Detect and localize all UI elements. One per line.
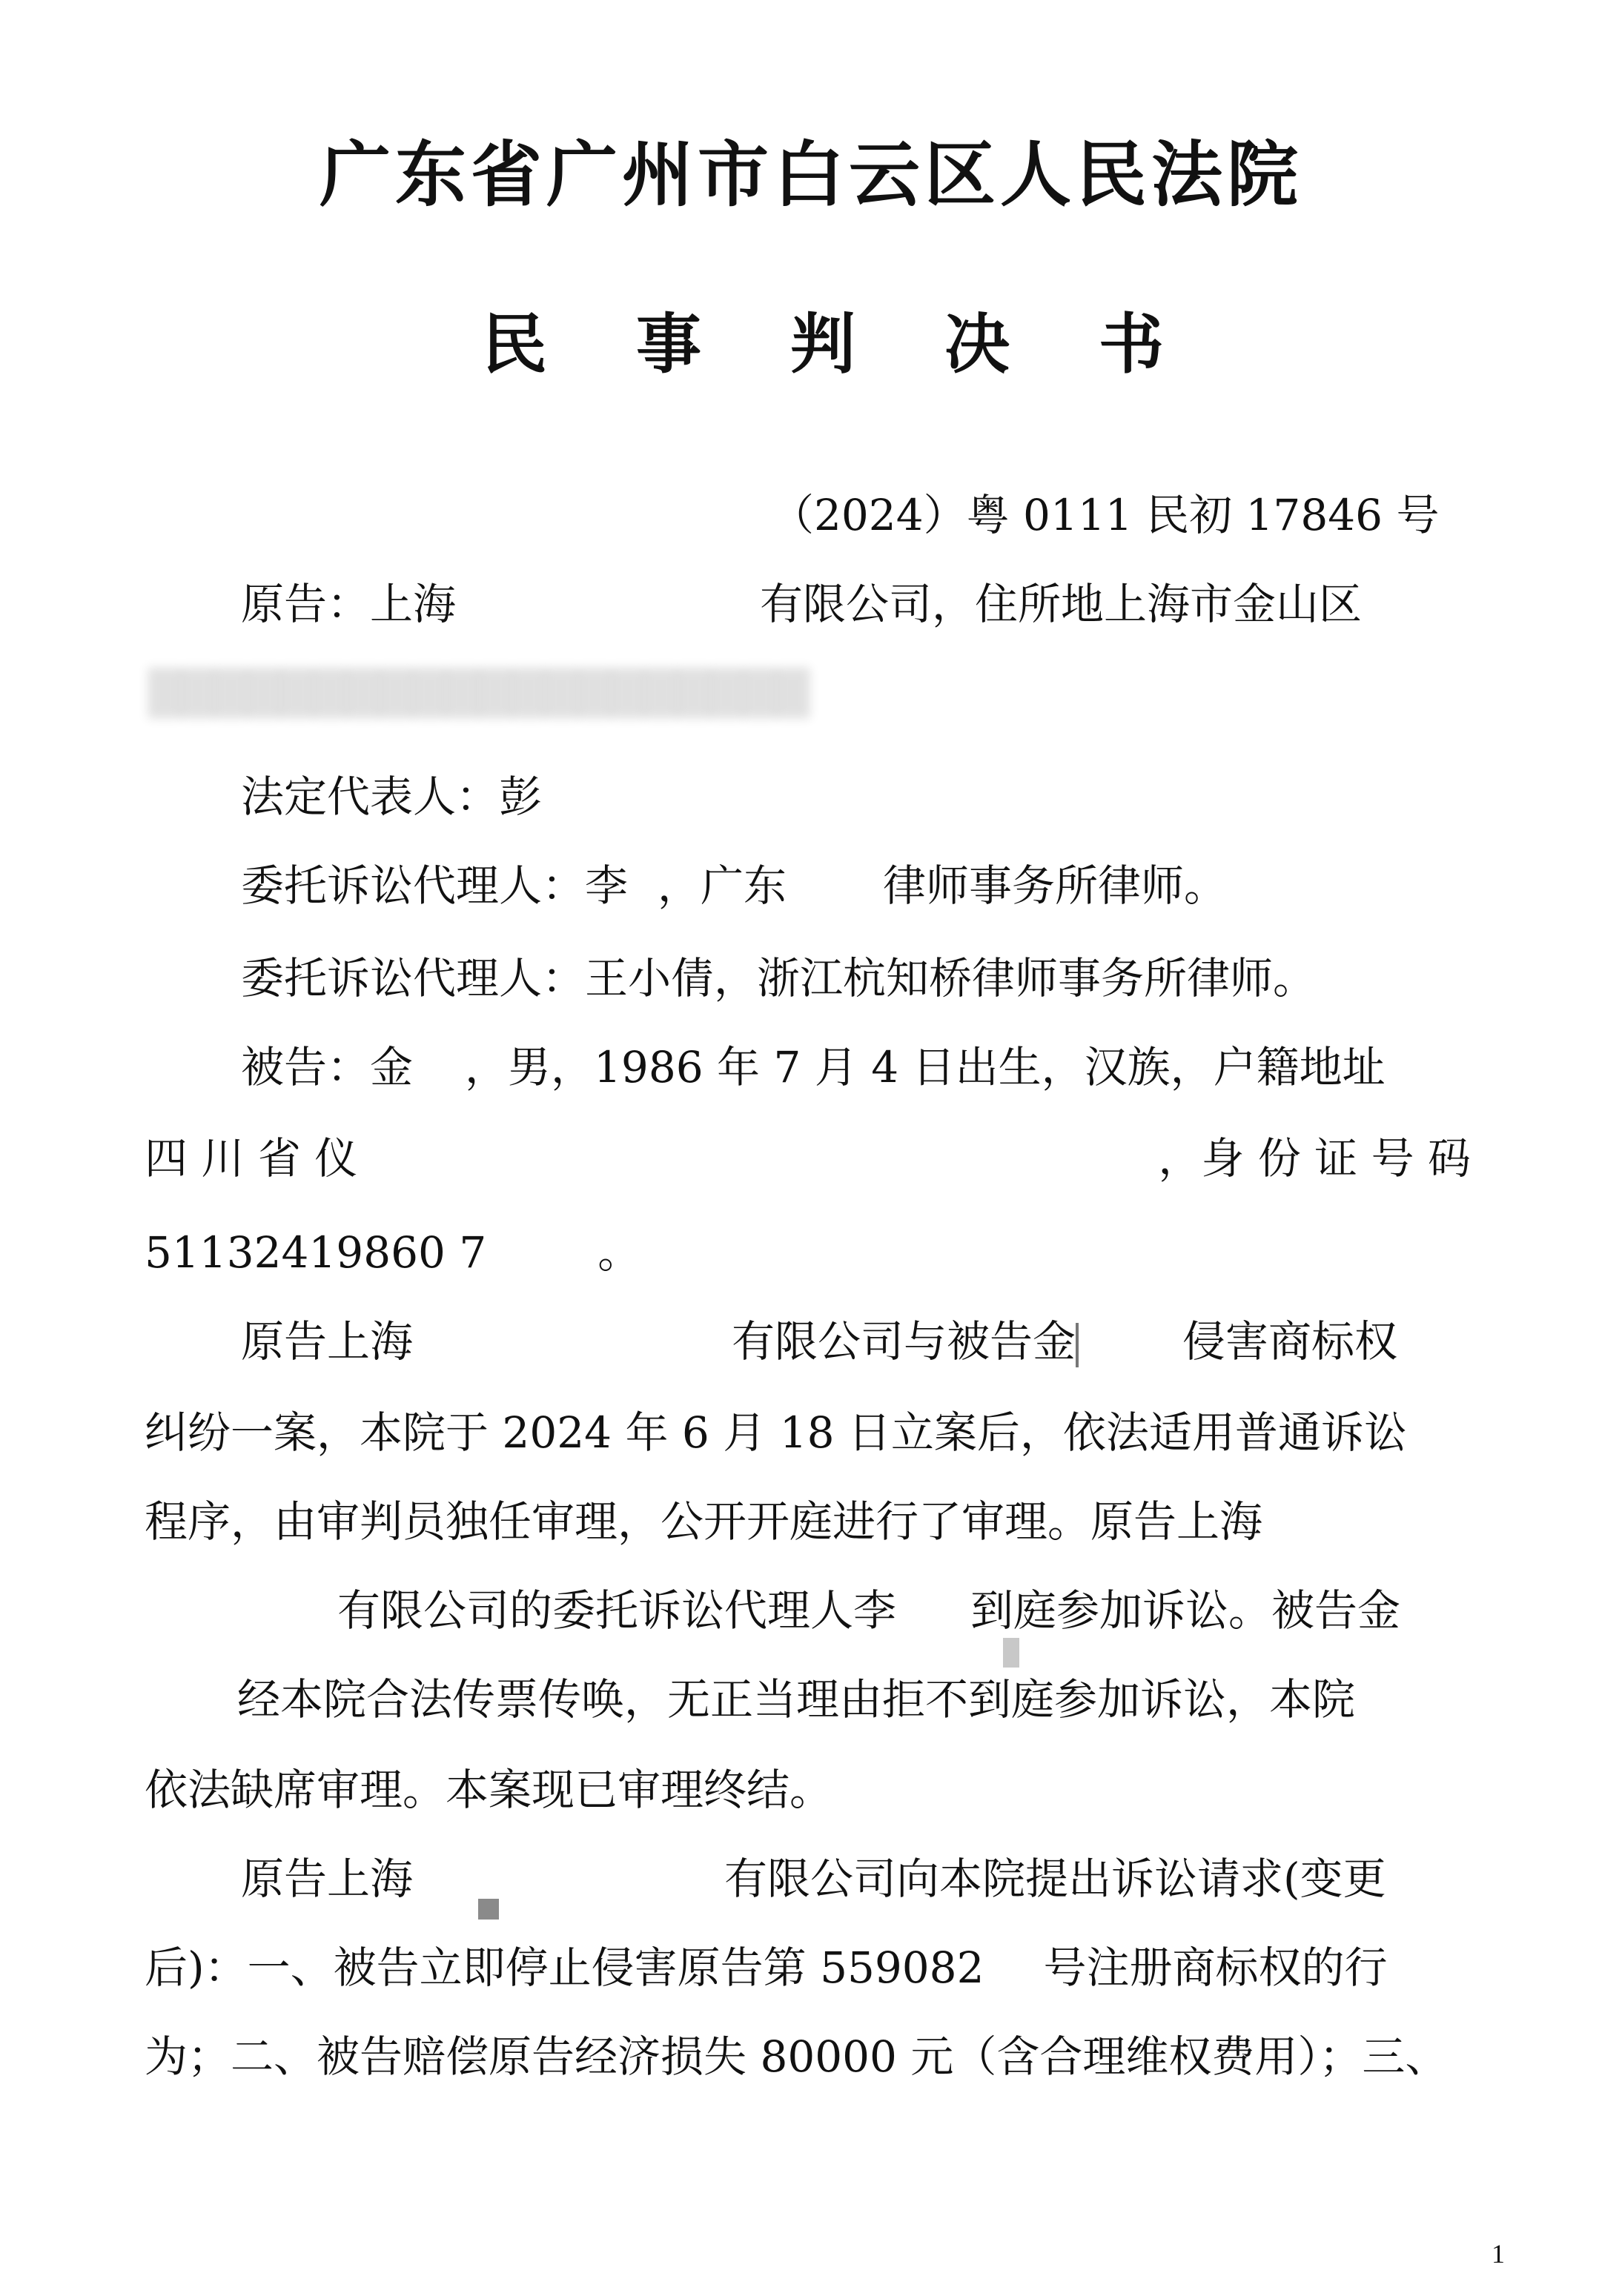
agent1-firm-suffix: 律师事务所律师。 [883,860,1227,911]
redaction-mark [478,1899,499,1920]
defendant-address-line: 四 川 省 仪，身 份 证 号 码 [145,1132,1471,1184]
agent-1: 委托诉讼代理人：李，广东律师事务所律师。 [241,860,1227,912]
text: 原告上海 [241,1854,413,1904]
legal-representative: 法定代表人：彭 [241,771,542,823]
agent1-firm-prefix: ，广东 [658,860,787,911]
plaintiff-prefix: 原告：上海 [241,579,456,629]
doc-type-char: 判 [790,293,855,386]
text: 有限公司的委托诉讼代理人李 [337,1585,896,1636]
para1-line3: 程序，由审判员独任审理，公开开庭进行了审理。原告上海 [145,1496,1262,1547]
para2-line1: 原告上海有限公司向本院提出诉讼请求(变更 [241,1853,1386,1905]
text: 侵害商标权 [1182,1316,1397,1367]
id-label: ，身 份 证 号 码 [1158,1133,1471,1184]
defendant-name: 被告：金 [241,1042,413,1092]
plaintiff-address-blurred: ████████████████████ [148,667,810,719]
text: 到庭参加诉讼。被告金 [970,1585,1400,1636]
text: 原告上海 [241,1316,413,1367]
plaintiff-line: 原告：上海有限公司，住所地上海市金山区 [241,578,1362,630]
text: 号注册商标权的行 [1043,1942,1387,1993]
case-number: （2024）粤 0111 民初 17846 号 [771,489,1439,541]
para1-line5: 经本院合法传票传唤，无正当理由拒不到庭参加诉讼，本院 [237,1673,1355,1725]
text: 后)：一、被告立即停止侵害原告第 559082 [145,1942,984,1993]
doc-type-char: 民 [482,293,547,386]
text: 有限公司与被告金 [732,1316,1076,1367]
defendant-line: 被告：金，男，1986 年 7 月 4 日出生，汉族，户籍地址 [241,1041,1386,1093]
page-number: 1 [1492,2238,1505,2269]
para2-line3: 为；二、被告赔偿原告经济损失 80000 元（含合理维权费用）；三、 [145,2031,1448,2083]
doc-type-char: 书 [1099,293,1164,386]
plaintiff-suffix: 有限公司，住所地上海市金山区 [760,579,1362,629]
doc-type-char: 事 [636,293,701,386]
doc-type-char: 决 [944,293,1010,386]
defendant-details: ，男，1986 年 7 月 4 日出生，汉族，户籍地址 [465,1042,1386,1092]
para1-line1: 原告上海有限公司与被告金侵害商标权 [241,1315,1397,1367]
defendant-id: 51132419860 7 [145,1227,486,1278]
defendant-address: 四 川 省 仪 [145,1133,357,1184]
defendant-id-line: 51132419860 7。 [145,1227,640,1278]
agent1-name: 委托诉讼代理人：李 [241,860,628,911]
agent-2: 委托诉讼代理人：王小倩，浙江杭知桥律师事务所律师。 [241,952,1316,1004]
court-name: 广东省广州市白云区人民法院 [0,119,1622,220]
document-type-title: 民事判决书 [482,293,1253,386]
para1-line4: 有限公司的委托诉讼代理人李到庭参加诉讼。被告金 [337,1585,1400,1636]
redaction-mark [1003,1638,1019,1668]
para1-line2: 纠纷一案，本院于 2024 年 6 月 18 日立案后，依法适用普通诉讼 [145,1407,1407,1459]
para2-line2: 后)：一、被告立即停止侵害原告第 559082号注册商标权的行 [145,1942,1388,1994]
period: 。 [598,1227,640,1278]
para1-line6: 依法缺席审理。本案现已审理终结。 [145,1764,832,1816]
text: 有限公司向本院提出诉讼请求(变更 [724,1854,1386,1904]
